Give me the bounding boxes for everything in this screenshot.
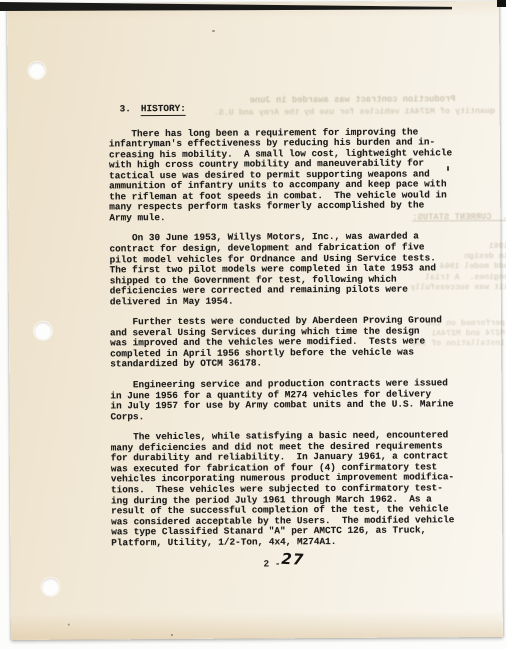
paragraph: The vehicles, while satisfying a basic n… — [111, 430, 476, 548]
hole-punch-middle — [34, 322, 52, 340]
scan-speck — [212, 30, 215, 32]
hole-punch-top — [28, 62, 45, 79]
scanned-document: Production contract was awarded in June … — [0, 0, 506, 649]
section-heading: 3.HISTORY: — [120, 102, 473, 115]
paragraph: On 30 June 1953, Willys Motors, Inc., wa… — [109, 232, 473, 308]
section-number: 3. — [120, 103, 131, 114]
scan-speck — [447, 166, 449, 171]
page-number-handwritten: 27 — [281, 550, 305, 569]
paper-sheet: Production contract was awarded in June … — [7, 1, 503, 640]
paragraph: Further tests were conducted by Aberdeen… — [110, 315, 474, 370]
paragraph: Engineering service and production contr… — [110, 378, 474, 422]
scan-speck — [68, 624, 70, 626]
page-number-typed: 2 - — [263, 558, 280, 569]
scan-speck — [171, 634, 173, 636]
section-title: HISTORY: — [141, 103, 186, 116]
typewritten-text-block: 3.HISTORY: There has long been a require… — [109, 102, 476, 558]
hole-punch-bottom — [42, 578, 60, 596]
scanner-artifact-corner — [497, 0, 506, 7]
paragraph: There has long been a requirement for im… — [109, 127, 474, 224]
